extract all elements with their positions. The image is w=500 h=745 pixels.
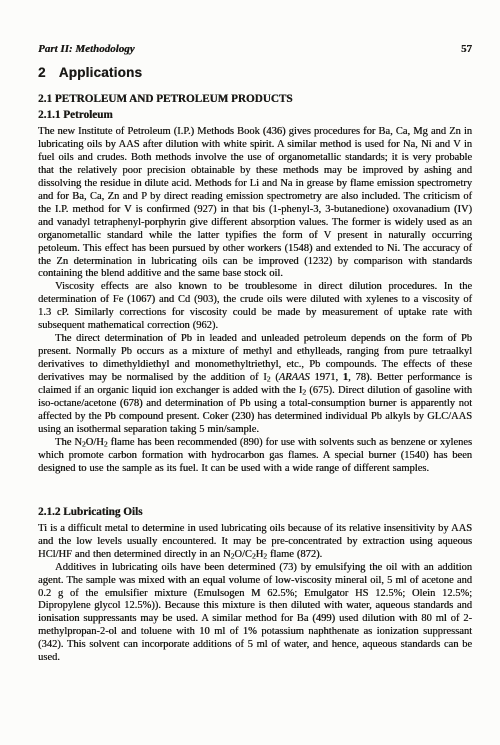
page-body: 2.1 PETROLEUM AND PETROLEUM PRODUCTS2.1.… <box>38 92 472 665</box>
book-page: Part II: Methodology 57 2Applications 2.… <box>0 0 500 745</box>
chapter-heading: 2Applications <box>38 65 142 80</box>
paragraph-petroleum-2: Viscosity effects are also known to be t… <box>38 281 472 333</box>
paragraph-petroleum-3: The direct determination of Pb in leaded… <box>38 333 472 437</box>
page-header: Part II: Methodology 57 <box>38 43 472 55</box>
running-title: Part II: Methodology <box>38 43 135 55</box>
section-heading-2-1: 2.1 PETROLEUM AND PETROLEUM PRODUCTS <box>38 92 472 106</box>
subsection-heading-2-1-1: 2.1.1 Petroleum <box>38 108 472 122</box>
page-number: 57 <box>461 43 472 55</box>
chapter-number: 2 <box>38 65 46 80</box>
paragraph-petroleum-4: The N2O/H2 flame has been recommended (8… <box>38 437 472 476</box>
paragraph-lubricating-oils-2: Additives in lubricating oils have been … <box>38 562 472 666</box>
subsection-heading-2-1-2: 2.1.2 Lubricating Oils <box>38 505 472 519</box>
paragraph-lubricating-oils-1: Ti is a difficult metal to determine in … <box>38 523 472 562</box>
chapter-title: Applications <box>59 65 142 80</box>
paragraph-petroleum-1: The new Institute of Petroleum (I.P.) Me… <box>38 126 472 281</box>
